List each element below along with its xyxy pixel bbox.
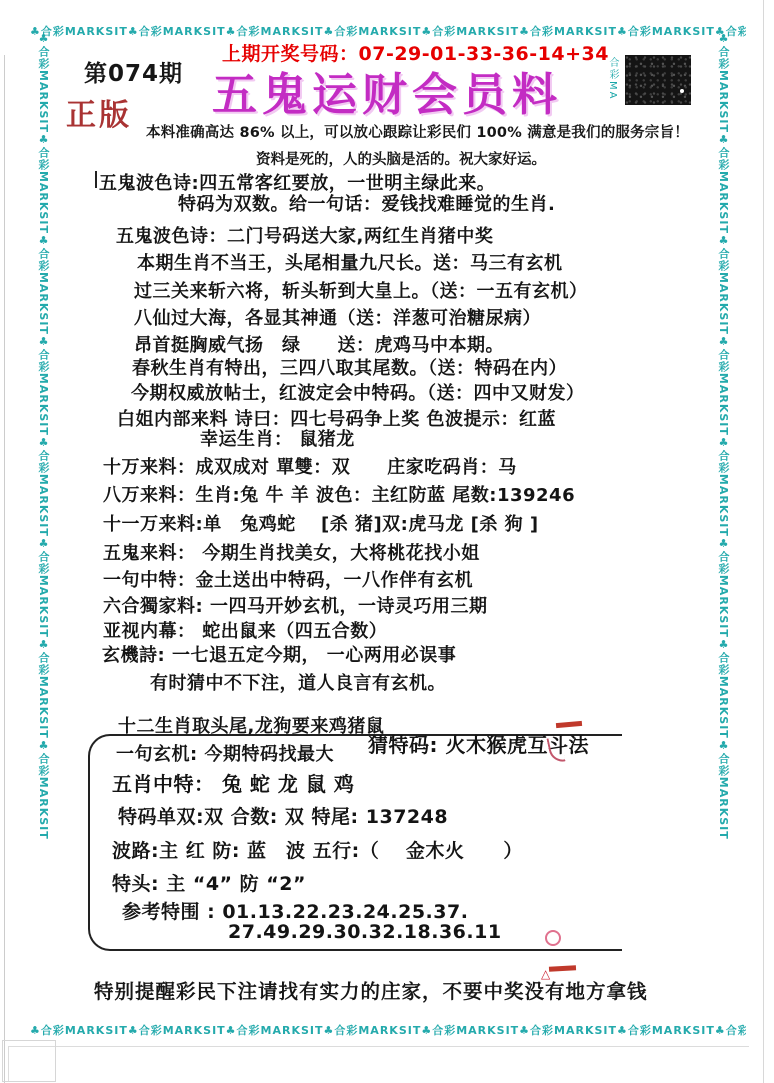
mystery-poem: 有时猜中不下注，道人良言有玄机。 xyxy=(150,669,446,695)
box-head-line: 特头: 主 “4” 防 “2” xyxy=(112,869,306,896)
pink-circle-mark xyxy=(545,930,561,946)
tip-line: 一句中特：金土送出中特码，一八作伴有玄机 xyxy=(103,566,473,592)
poem-line: 八仙过大海，各显其神通（送：洋葱可治糖尿病） xyxy=(134,304,541,330)
watermark-border-top: ♣合彩MARKSIT♣合彩MARKSIT♣合彩MARKSIT♣合彩MARKSIT… xyxy=(30,25,746,39)
lucky-zodiac: 幸运生肖： 鼠猪龙 xyxy=(200,425,355,451)
footer-reminder: 特别提醒彩民下注请找有实力的庄家，不要中奖没有地方拿钱 xyxy=(94,976,648,1004)
poem-line: 特码为双数。给一句话：爱钱找难睡觉的生肖. xyxy=(178,190,555,216)
accuracy-promise: 本料准确高达 86% 以上，可以放心跟踪让彩民们 100% 满意是我们的服务宗旨… xyxy=(146,121,646,142)
tip-line: 八万来料：生肖:兔 牛 羊 波色：主红防蓝 尾数:139246 xyxy=(103,481,575,507)
stamp-dot xyxy=(680,89,684,93)
mystery-poem: 玄機詩: 一七退五定今期， 一心两用必误事 xyxy=(102,641,456,667)
watermark-border-bottom: ♣合彩MARKSIT♣合彩MARKSIT♣合彩MARKSIT♣合彩MARKSIT… xyxy=(30,1024,746,1038)
red-dash-mark xyxy=(549,965,576,971)
poem-line: 本期生肖不当王，头尾相量九尺长。送：马三有玄机 xyxy=(137,249,563,275)
scan-artifact-rect xyxy=(8,1046,749,1081)
box-wave-line: 波路:主 红 防: 蓝 波 五行:（ 金木火 ） xyxy=(112,836,523,863)
blacked-out-stamp xyxy=(625,55,691,105)
tip-line: 六合獨家料: 一四马开妙玄机，一诗灵巧用三期 xyxy=(103,592,487,618)
scan-artifact-rect xyxy=(2,1040,56,1082)
tip-line: 十万来料：成双成对 單雙：双 庄家吃码肖：马 xyxy=(103,453,517,479)
tip-line: 十一万来料:单 兔鸡蛇 [杀 猪]双:虎马龙 [杀 狗 ] xyxy=(103,510,539,536)
page-title: 五鬼运财会员料 xyxy=(212,58,562,123)
edition-label: 正版 xyxy=(66,90,132,134)
box-mystery-line: 一句玄机: 今期特码找最大 xyxy=(116,740,334,766)
watermark-border-left: ♣合彩MARKSIT♣合彩MARKSIT♣合彩MARKSIT♣合彩MARKSIT… xyxy=(36,32,51,1017)
box-ref-numbers-1: 参考特围 : 01.13.22.23.24.25.37. xyxy=(122,897,468,924)
box-ref-numbers-2: 27.49.29.30.32.18.36.11 xyxy=(228,921,502,943)
watermark-border-right: ♣合彩MARKSIT♣合彩MARKSIT♣合彩MARKSIT♣合彩MARKSIT… xyxy=(716,32,731,1017)
poem-line: 过三关来斩六将，斩头斩到大皇上。（送：一五有玄机） xyxy=(134,277,588,303)
poem-line: 春秋生肖有特出，三四八取其尾数。（送：特码在内） xyxy=(132,354,567,380)
box-parity-line: 特码单双:双 合数: 双 特尾: 137248 xyxy=(118,802,448,829)
tip-line: 亚视内幕： 蛇出鼠来（四五合数） xyxy=(103,617,387,643)
scan-edge-line xyxy=(763,0,764,1083)
poem-line: 今期权威放帖士，红波定会中特码。（送：四中又财发） xyxy=(131,379,585,405)
poem-line: 五鬼波色诗：二门号码送大家,两红生肖猪中奖 xyxy=(116,222,493,248)
tip-line: 五鬼来料： 今期生肖找美女，大将桃花找小姐 xyxy=(103,539,480,565)
scan-edge-line xyxy=(4,55,5,1083)
bracket-mark xyxy=(95,171,97,188)
tip-sheet-page: ♣合彩MARKSIT♣合彩MARKSIT♣合彩MARKSIT♣合彩MARKSIT… xyxy=(0,0,774,1083)
motto-line: 资料是死的，人的头脑是活的。祝大家好运。 xyxy=(256,148,546,169)
issue-number: 第074期 xyxy=(84,55,183,88)
red-dash-mark xyxy=(556,721,582,728)
box-five-zodiac: 五肖中特： 兔 蛇 龙 鼠 鸡 xyxy=(112,768,354,797)
